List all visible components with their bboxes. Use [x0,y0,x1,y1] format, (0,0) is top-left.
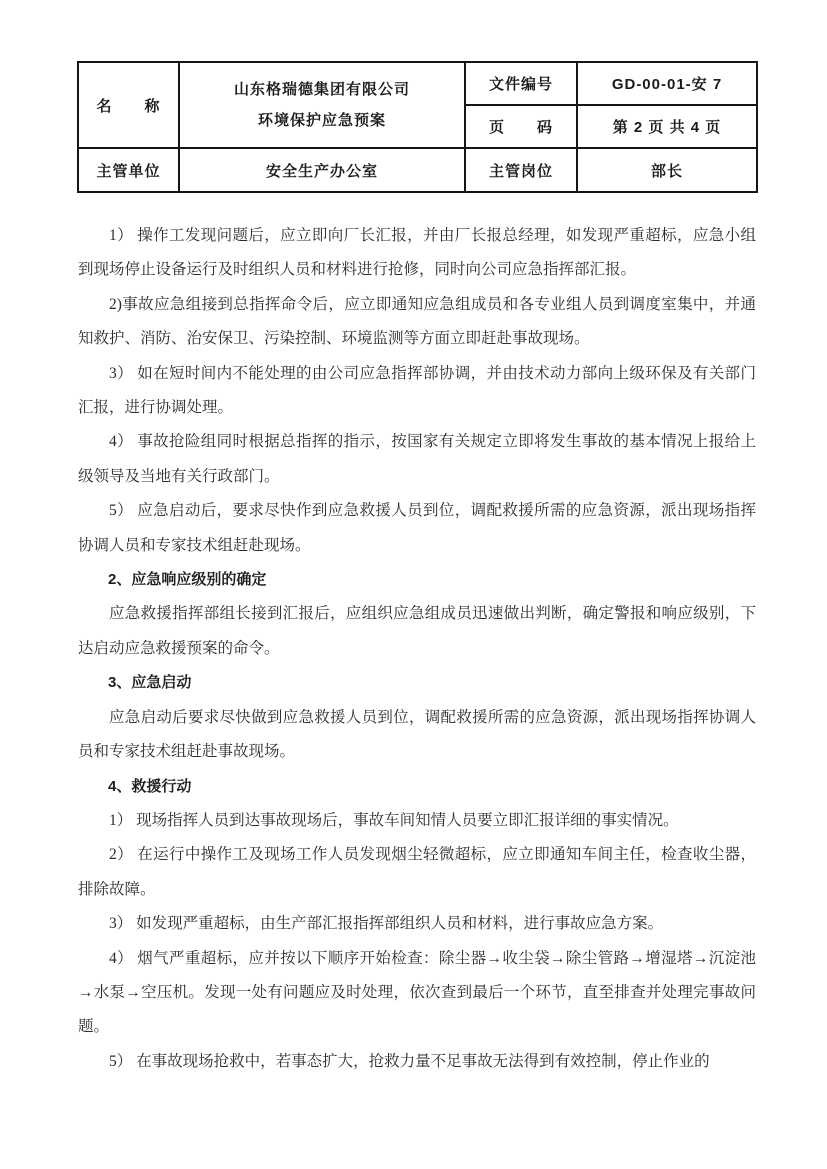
document-title-line2: 环境保护应急预案 [180,105,464,136]
section-heading: 2、应急响应级别的确定 [78,563,756,597]
paragraph: 4） 烟气严重超标，应并按以下顺序开始检查：除尘器→收尘袋→除尘管路→增湿塔→沉… [78,942,756,1045]
document-body: 1） 操作工发现问题后，应立即向厂长汇报，并由厂长报总经理，如发现严重超标，应急… [78,219,756,1079]
paragraph: 应急救援指挥部组长接到汇报后，应组织应急组成员迅速做出判断，确定警报和响应级别，… [78,597,756,666]
paragraph: 应急启动后要求尽快做到应急救援人员到位，调配救援所需的应急资源，派出现场指挥协调… [78,701,756,770]
paragraph: 3） 如在短时间内不能处理的由公司应急指挥部协调，并由技术动力部向上级环保及有关… [78,357,756,426]
section-heading: 3、应急启动 [78,666,756,700]
paragraph: 3） 如发现严重超标，由生产部汇报指挥部组织人员和材料，进行事故应急方案。 [78,907,756,941]
paragraph: 4） 事故抢险组同时根据总指挥的指示，按国家有关规定立即将发生事故的基本情况上报… [78,425,756,494]
doc-number-label-cell: 文件编号 [465,62,577,105]
paragraph: 2)事故应急组接到总指挥命令后，应立即通知应急组成员和各专业组人员到调度室集中，… [78,288,756,357]
paragraph: 1） 现场指挥人员到达事故现场后，事故车间知情人员要立即汇报详细的事实情况。 [78,804,756,838]
page-value-cell: 第 2 页 共 4 页 [577,105,757,148]
document-page: 名 称 山东格瑞德集团有限公司 环境保护应急预案 文件编号 GD-00-01-安… [0,0,827,1169]
name-label-cell: 名 称 [78,62,179,148]
document-title-cell: 山东格瑞德集团有限公司 环境保护应急预案 [179,62,465,148]
paragraph: 2） 在运行中操作工及现场工作人员发现烟尘轻微超标，应立即通知车间主任，检查收尘… [78,838,756,907]
position-label-cell: 主管岗位 [465,148,577,192]
doc-number-value-cell: GD-00-01-安 7 [577,62,757,105]
paragraph: 5） 应急启动后，要求尽快作到应急救援人员到位，调配救援所需的应急资源，派出现场… [78,494,756,563]
page-label-cell: 页 码 [465,105,577,148]
unit-value-cell: 安全生产办公室 [179,148,465,192]
paragraph: 5） 在事故现场抢救中，若事态扩大，抢救力量不足事故无法得到有效控制，停止作业的 [78,1045,756,1079]
position-value-cell: 部长 [577,148,757,192]
document-header-table: 名 称 山东格瑞德集团有限公司 环境保护应急预案 文件编号 GD-00-01-安… [77,61,758,193]
paragraph: 1） 操作工发现问题后，应立即向厂长汇报，并由厂长报总经理，如发现严重超标，应急… [78,219,756,288]
unit-label-cell: 主管单位 [78,148,179,192]
document-title-line1: 山东格瑞德集团有限公司 [180,74,464,105]
section-heading: 4、救援行动 [78,770,756,804]
